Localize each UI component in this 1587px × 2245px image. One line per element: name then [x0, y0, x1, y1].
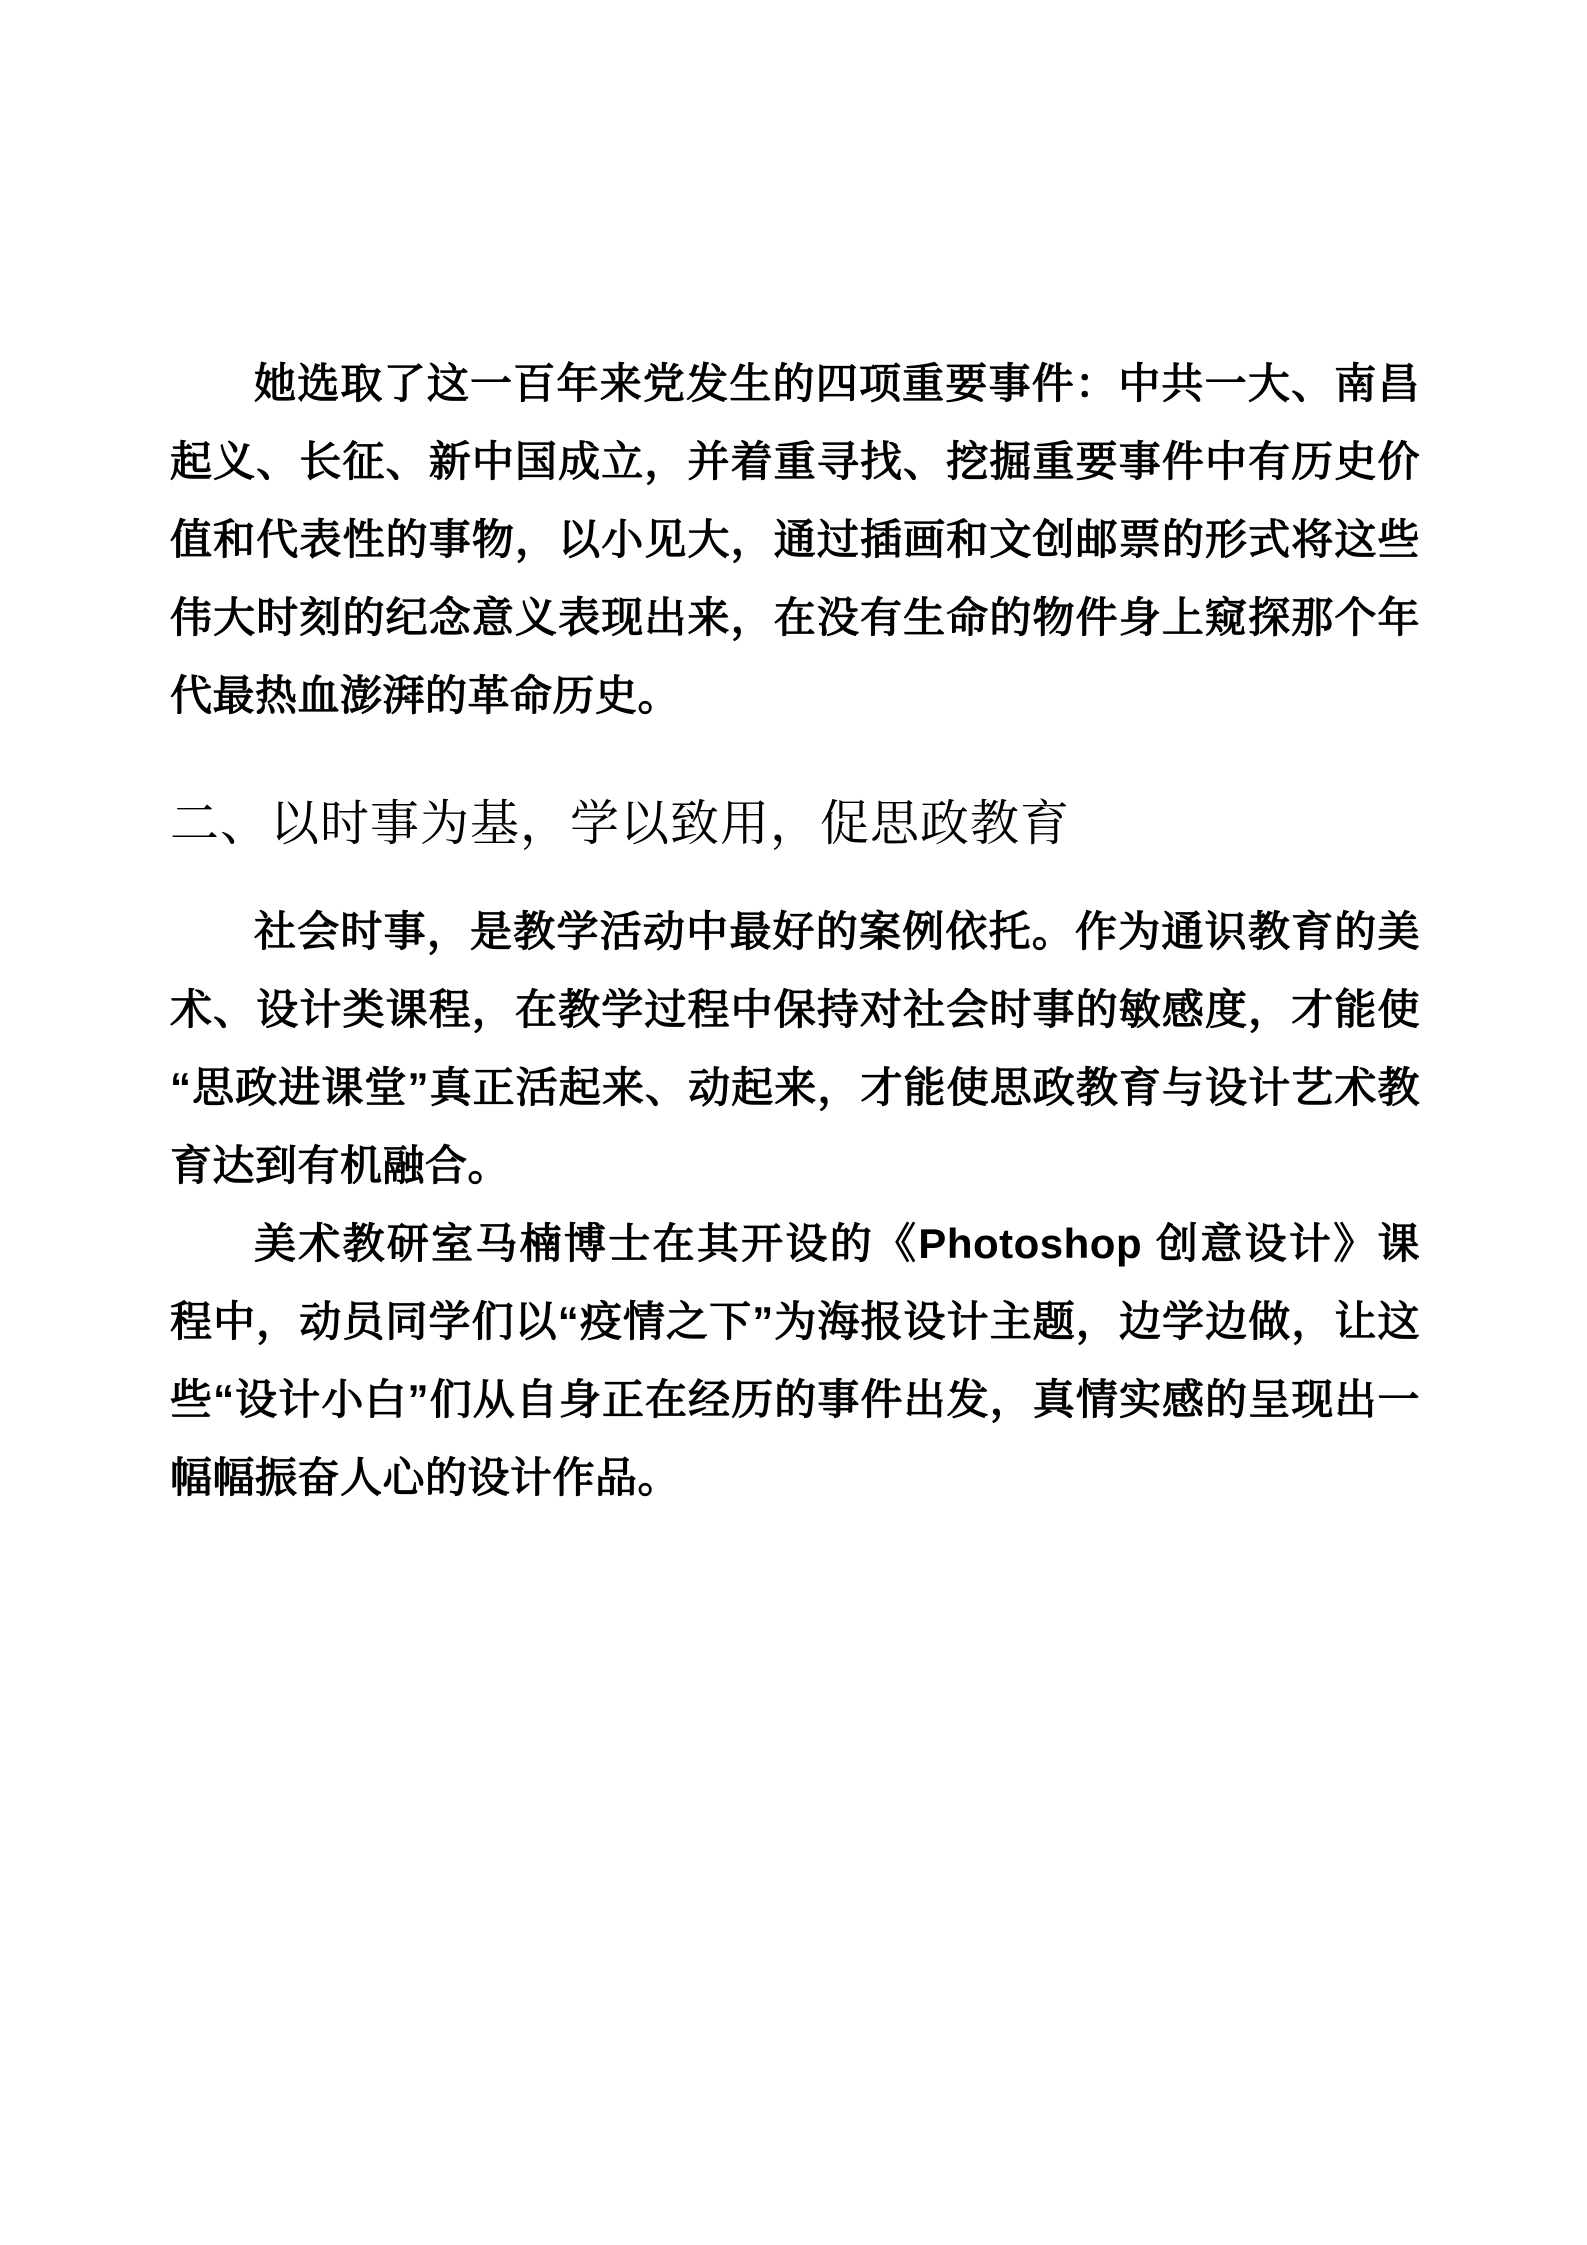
paragraph-current-affairs: 社会时事，是教学活动中最好的案例依托。作为通识教育的美术、设计类课程，在教学过程… [170, 893, 1420, 1205]
paragraph-events-selection: 她选取了这一百年来党发生的四项重要事件：中共一大、南昌起义、长征、新中国成立，并… [170, 345, 1420, 735]
document-page: 她选取了这一百年来党发生的四项重要事件：中共一大、南昌起义、长征、新中国成立，并… [0, 0, 1587, 2245]
section-heading-2: 二、以时事为基，学以致用，促思政教育 [170, 791, 1420, 857]
paragraph-photoshop-course: 美术教研室马楠博士在其开设的《Photoshop 创意设计》课程中，动员同学们以… [170, 1205, 1420, 1517]
